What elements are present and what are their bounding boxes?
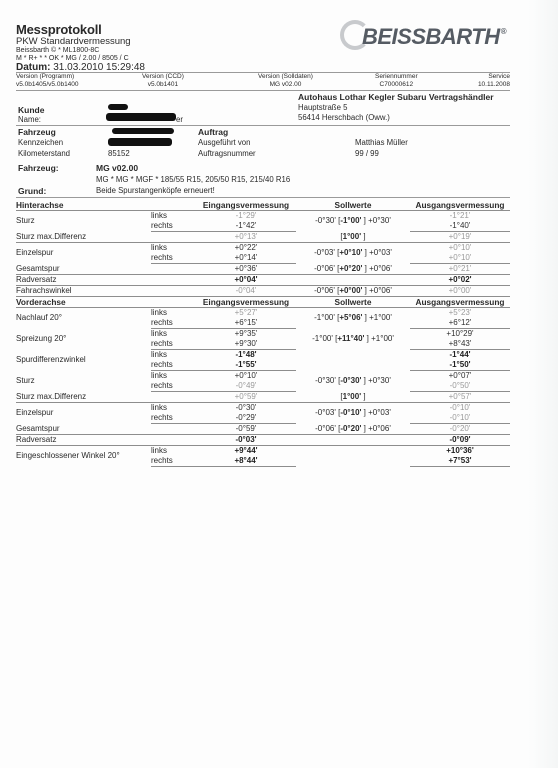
ausgang-value: +0°02' (410, 275, 510, 286)
ausgang-value: -0°10' (410, 403, 510, 414)
ausgang-value: -0°50' (410, 381, 510, 392)
eingang-value: +0°04' (196, 275, 296, 286)
soll-nominal: +0°00' (339, 286, 362, 295)
document-title: Messprotokoll (16, 22, 102, 37)
ausgang-value: +10°36' (410, 446, 510, 457)
side-label (151, 264, 196, 275)
side-label (151, 424, 196, 435)
sollwert-range: -1°00' [+5°06' ] +1°00' (296, 308, 410, 329)
name-value-suffix: er (176, 115, 183, 124)
sollwert-range: -0°06' [+0°00' ] +0°06' (296, 286, 410, 297)
eingang-value: +9°44' (196, 446, 296, 457)
table-row: Einzelspurlinks+0°22'-0°03' [+0°10' ] +0… (16, 243, 510, 254)
column-header-ausgang: Ausgangsvermessung (410, 296, 510, 308)
side-label: rechts (151, 339, 196, 350)
column-header-soll: Sollwerte (296, 296, 410, 308)
ausgang-value: +5°23' (410, 308, 510, 319)
sollwert-range: -0°06' [-0°20' ] +0°06' (296, 424, 410, 435)
ausgang-value: -1°21' (410, 211, 510, 222)
ausgang-value: -0°09' (410, 435, 510, 446)
ausgang-value: +0°00' (410, 286, 510, 297)
ausgang-value: -1°40' (410, 221, 510, 232)
table-row: Eingeschlossener Winkel 20°links+9°44'+1… (16, 446, 510, 457)
side-label: rechts (151, 318, 196, 329)
eingang-value: -1°55' (196, 360, 296, 371)
registered-mark: ® (501, 27, 506, 36)
seriennummer: Seriennummer C70000612 (375, 73, 418, 89)
soll-upper: ] +0°06' (362, 286, 391, 295)
soll-nominal: 1°00' (343, 392, 361, 401)
measurement-name: Spurdifferenzwinkel (16, 350, 151, 371)
side-label: rechts (151, 253, 196, 264)
soll-nominal: +5°06' (339, 313, 362, 322)
sollwert-range (296, 275, 410, 286)
soll-lower: -0°30' [ (315, 376, 340, 385)
measurement-name: Radversatz (16, 275, 151, 286)
eingang-value: -0°29' (196, 413, 296, 424)
beissbarth-logo: BEISSBARTH® (340, 20, 506, 50)
soll-upper: ] +0°06' (362, 264, 391, 273)
side-label: rechts (151, 413, 196, 424)
fahrzeug-section: Fahrzeug (18, 127, 56, 137)
soll-nominal: +0°20' (339, 264, 362, 273)
eingang-value: +0°59' (196, 392, 296, 403)
measurement-name: Nachlauf 20° (16, 308, 151, 329)
soll-lower: -0°03' [ (315, 408, 340, 417)
measurement-name: Fahrachswinkel (16, 286, 151, 297)
side-label: rechts (151, 381, 196, 392)
side-label: links (151, 211, 196, 222)
sollwert-range (296, 350, 410, 371)
kunde-section: Kunde (18, 105, 44, 115)
side-label: rechts (151, 221, 196, 232)
column-header-soll: Sollwerte (296, 199, 410, 211)
device-meta: Beissbarth © * ML1800-8C (16, 47, 99, 54)
side-label (151, 435, 196, 446)
soll-nominal: 1°00' (343, 232, 361, 241)
table-row: Gesamtspur+0°36'-0°06' [+0°20' ] +0°06'+… (16, 264, 510, 275)
soll-nominal: +0°10' (339, 248, 362, 257)
document-page: Messprotokoll PKW Standardvermessung Bei… (0, 0, 558, 768)
eingang-value: +0°10' (196, 371, 296, 382)
table-row: Spurdifferenzwinkellinks-1°48'-1°44' (16, 350, 510, 361)
redaction-mark (106, 113, 176, 121)
eingang-value: +9°30' (196, 339, 296, 350)
measurement-name: Sturz (16, 211, 151, 232)
side-label (151, 275, 196, 286)
vehicle-details: MG * MG * MGF * 185/55 R15, 205/50 R15, … (96, 175, 290, 184)
soll-lower: -0°30' [ (315, 216, 340, 225)
logo-text: BEISSBARTH (362, 24, 500, 49)
table-row: Fahrachswinkel-0°04'-0°06' [+0°00' ] +0°… (16, 286, 510, 297)
column-header-eingang: Eingangsvermessung (196, 199, 296, 211)
blank-cell (151, 199, 196, 211)
soll-lower: -0°06' [ (314, 286, 339, 295)
side-label: links (151, 403, 196, 414)
section-title: Hinterachse (16, 199, 151, 211)
measurement-name: Einzelspur (16, 403, 151, 424)
soll-lower: -1°00' [ (312, 334, 337, 343)
eingang-value: -0°03' (196, 435, 296, 446)
measurement-name: Gesamtspur (16, 424, 151, 435)
ausgang-value: -0°10' (410, 413, 510, 424)
eingang-value: -1°42' (196, 221, 296, 232)
table-row: Spreizung 20°links+9°35'-1°00' [+11°40' … (16, 329, 510, 340)
kilometerstand-label: Kilometerstand (18, 149, 70, 158)
eingang-value: -0°30' (196, 403, 296, 414)
eingang-value: -1°48' (196, 350, 296, 361)
dealer-city: 56414 Herschbach (Oww.) (298, 113, 390, 122)
measurement-name: Spreizung 20° (16, 329, 151, 350)
eingang-value: -0°04' (196, 286, 296, 297)
sollwert-range: -0°30' [-1°00' ] +0°30' (296, 211, 410, 232)
ausgang-value: +10°29' (410, 329, 510, 340)
side-label: links (151, 446, 196, 457)
side-label: links (151, 371, 196, 382)
side-label: rechts (151, 360, 196, 371)
soll-nominal: +11°40' (337, 334, 364, 343)
sollwert-range: -0°30' [-0°30' ] +0°30' (296, 371, 410, 392)
table-row: Sturz max.Differenz+0°59'[1°00' ]+0°57' (16, 392, 510, 403)
ausgang-value: +0°21' (410, 264, 510, 275)
column-header-eingang: Eingangsvermessung (196, 296, 296, 308)
soll-nominal: -1°00' (340, 216, 361, 225)
ausgang-value: +0°57' (410, 392, 510, 403)
soll-upper: ] (361, 392, 365, 401)
blank-cell (151, 296, 196, 308)
table-row: Sturzlinks-1°29'-0°30' [-1°00' ] +0°30'-… (16, 211, 510, 222)
measurement-name: Einzelspur (16, 243, 151, 264)
redaction-mark (108, 138, 172, 146)
soll-upper: ] +0°03' (362, 248, 391, 257)
side-label (151, 232, 196, 243)
eingang-value: +0°36' (196, 264, 296, 275)
version-solldaten: Version (Solldaten) MG v02.00 (258, 73, 313, 89)
side-label (151, 392, 196, 403)
eingang-value: +5°27' (196, 308, 296, 319)
service-date: Service 10.11.2008 (475, 73, 510, 89)
table-row: Sturzlinks+0°10'-0°30' [-0°30' ] +0°30'+… (16, 371, 510, 382)
vehicle-model: MG v02.00 (96, 163, 138, 173)
soll-upper: ] (361, 232, 365, 241)
soll-upper: ] +1°00' (364, 334, 393, 343)
sollwert-range: [1°00' ] (296, 232, 410, 243)
measurement-name: Eingeschlossener Winkel 20° (16, 446, 151, 467)
divider (16, 125, 510, 126)
sollwert-range: -1°00' [+11°40' ] +1°00' (296, 329, 410, 350)
eingang-value: -0°59' (196, 424, 296, 435)
ausgefuehrt-value: Matthias Müller (355, 138, 408, 147)
soll-nominal: -0°10' (340, 408, 361, 417)
auftragsnummer-value: 99 / 99 (355, 149, 379, 158)
kennzeichen-label: Kennzeichen (18, 138, 63, 147)
ausgang-value: -0°20' (410, 424, 510, 435)
eingang-value: +0°13' (196, 232, 296, 243)
kilometerstand-value: 85152 (108, 149, 130, 158)
soll-nominal: -0°20' (340, 424, 361, 433)
eingang-value: -0°49' (196, 381, 296, 392)
table-row: Radversatz+0°04'+0°02' (16, 275, 510, 286)
ausgang-value: +0°07' (410, 371, 510, 382)
sollwert-range (296, 435, 410, 446)
eingang-value: +0°22' (196, 243, 296, 254)
measurement-name: Sturz (16, 371, 151, 392)
eingang-value: +9°35' (196, 329, 296, 340)
ausgang-value: -1°44' (410, 350, 510, 361)
redaction-mark (108, 104, 128, 110)
soll-nominal: -0°30' (340, 376, 361, 385)
version-programm: Version (Programm) v5.0b1405/v5.0b1400 (16, 73, 79, 89)
sollwert-range: -0°06' [+0°20' ] +0°06' (296, 264, 410, 275)
name-label: Name: (18, 115, 41, 124)
ausgang-value: +7°53' (410, 456, 510, 467)
page-edge-shadow (528, 0, 558, 768)
grund-value: Beide Spurstangenköpfe erneuert! (96, 186, 215, 195)
sollwert-range: -0°03' [-0°10' ] +0°03' (296, 403, 410, 424)
fahrzeug-label: Fahrzeug: (18, 163, 59, 173)
soll-lower: -0°06' [ (315, 424, 340, 433)
measurement-name: Gesamtspur (16, 264, 151, 275)
measurement-name: Radversatz (16, 435, 151, 446)
soll-upper: ] +0°30' (361, 216, 390, 225)
measurement-name: Sturz max.Differenz (16, 232, 151, 243)
soll-upper: ] +0°03' (361, 408, 390, 417)
soll-lower: -0°06' [ (314, 264, 339, 273)
hinterachse-table: HinterachseEingangsvermessungSollwerteAu… (16, 199, 510, 297)
divider (16, 197, 510, 198)
soll-upper: ] +0°30' (361, 376, 390, 385)
soll-upper: ] +1°00' (362, 313, 391, 322)
table-row: Nachlauf 20°links+5°27'-1°00' [+5°06' ] … (16, 308, 510, 319)
dealer-street: Hauptstraße 5 (298, 103, 347, 112)
sollwert-range: [1°00' ] (296, 392, 410, 403)
grund-label: Grund: (18, 186, 46, 196)
side-label: rechts (151, 456, 196, 467)
ausgang-value: +0°10' (410, 253, 510, 264)
sollwert-range: -0°03' [+0°10' ] +0°03' (296, 243, 410, 264)
divider (16, 90, 510, 91)
document-subtitle: PKW Standardvermessung (16, 36, 131, 47)
sollwert-range (296, 446, 410, 467)
status-meta: M * R+ * * OK * MG / 2.00 / 8505 / C (16, 55, 129, 62)
section-title: Vorderachse (16, 296, 151, 308)
ausgang-value: +8°43' (410, 339, 510, 350)
measurement-name: Sturz max.Differenz (16, 392, 151, 403)
side-label: links (151, 243, 196, 254)
auftragsnummer-label: Auftragsnummer (198, 149, 256, 158)
redaction-mark (112, 128, 174, 134)
table-row: Einzelspurlinks-0°30'-0°03' [-0°10' ] +0… (16, 403, 510, 414)
eingang-value: +0°14' (196, 253, 296, 264)
ausgang-value: +6°12' (410, 318, 510, 329)
eingang-value: -1°29' (196, 211, 296, 222)
table-row: Radversatz-0°03'-0°09' (16, 435, 510, 446)
ausgang-value: +0°10' (410, 243, 510, 254)
ausgang-value: +0°19' (410, 232, 510, 243)
dealer-name: Autohaus Lothar Kegler Subaru Vertragshä… (298, 92, 494, 102)
table-row: Gesamtspur-0°59'-0°06' [-0°20' ] +0°06'-… (16, 424, 510, 435)
vorderachse-table: VorderachseEingangsvermessungSollwerteAu… (16, 296, 510, 467)
column-header-ausgang: Ausgangsvermessung (410, 199, 510, 211)
ausgang-value: -1°50' (410, 360, 510, 371)
side-label: links (151, 308, 196, 319)
eingang-value: +8°44' (196, 456, 296, 467)
side-label (151, 286, 196, 297)
version-ccd: Version (CCD) v5.0b1401 (142, 73, 184, 89)
side-label: links (151, 350, 196, 361)
soll-upper: ] +0°06' (361, 424, 390, 433)
soll-lower: -1°00' [ (314, 313, 339, 322)
ausgefuehrt-label: Ausgeführt von (198, 138, 250, 147)
soll-lower: -0°03' [ (314, 248, 339, 257)
eingang-value: +6°15' (196, 318, 296, 329)
side-label: links (151, 329, 196, 340)
table-row: Sturz max.Differenz+0°13'[1°00' ]+0°19' (16, 232, 510, 243)
auftrag-section: Auftrag (198, 127, 228, 137)
